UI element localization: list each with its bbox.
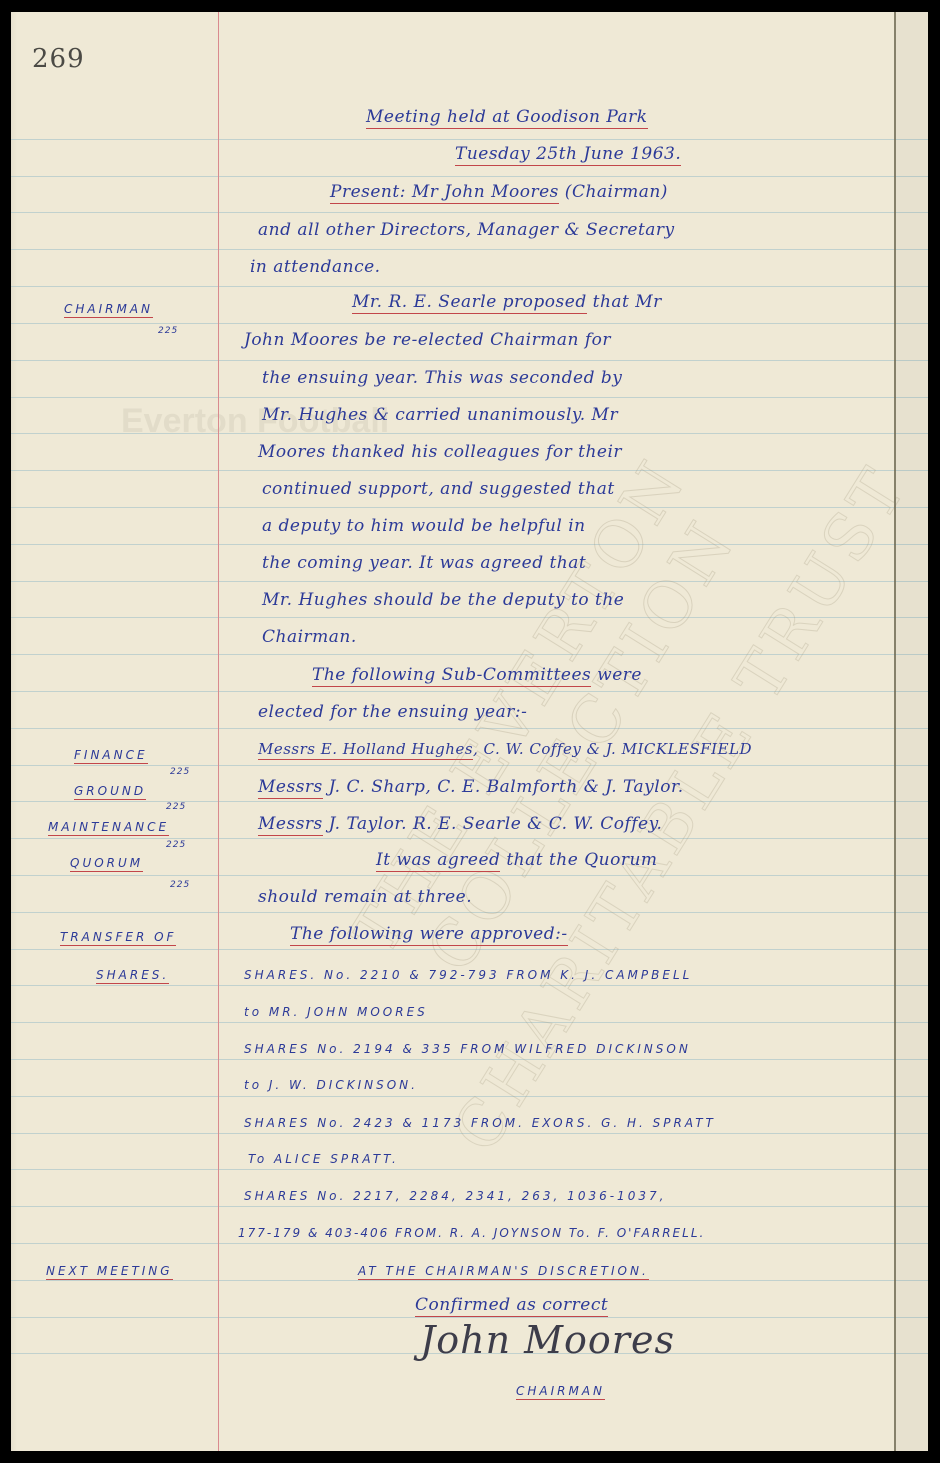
margin-ref: 225 — [170, 880, 190, 890]
margin-note-ground: GROUND — [74, 784, 146, 798]
present-line-3: in attendance. — [250, 257, 381, 277]
chairman-minute-line-6: continued support, and suggested that — [262, 479, 615, 499]
transfers-intro: The following were approved:- — [290, 924, 568, 944]
ruled-line — [11, 1022, 928, 1023]
present-label: Present: Mr John Moores — [330, 182, 559, 204]
transfer-4-line-2: 177-179 & 403-406 FROM. R. A. JOYNSON To… — [238, 1226, 705, 1240]
chairman-minute-line-9: Mr. Hughes should be the deputy to the — [262, 590, 624, 610]
margin-note-maintenance: MAINTENANCE — [48, 820, 169, 834]
transfer-3-line-1: SHARES No. 2423 & 1173 FROM. EXORS. G. H… — [244, 1116, 716, 1130]
transfer-3-line-2: To ALICE SPRATT. — [248, 1152, 399, 1166]
ruled-line — [11, 139, 928, 140]
ruled-line — [11, 323, 928, 324]
quorum-line-2: should remain at three. — [258, 887, 472, 907]
quorum-line-1: It was agreed that the Quorum — [376, 850, 658, 870]
ruled-line — [11, 212, 928, 213]
chairman-minute-line-10: Chairman. — [262, 627, 357, 647]
transfer-1-line-1: SHARES. No. 2210 & 792-793 FROM K. J. CA… — [244, 968, 692, 982]
margin-ref: 225 — [170, 767, 190, 777]
ruled-line — [11, 1243, 928, 1244]
subcommittees-intro-line-2: elected for the ensuing year:- — [258, 702, 527, 722]
present-line: Present: Mr John Moores (Chairman) — [330, 182, 668, 202]
page-fold — [894, 12, 896, 1451]
ruled-line — [11, 1059, 928, 1060]
margin-ref: 225 — [166, 840, 186, 850]
ruled-line — [11, 286, 928, 287]
ruled-line — [11, 1280, 928, 1281]
transfer-2-line-1: SHARES No. 2194 & 335 FROM WILFRED DICKI… — [244, 1042, 691, 1056]
maintenance-committee: Messrs J. Taylor. R. E. Searle & C. W. C… — [258, 814, 662, 834]
margin-ref: 225 — [166, 802, 186, 812]
transfer-1-line-2: to MR. JOHN MOORES — [244, 1005, 428, 1019]
chairman-minute-line-4: Mr. Hughes & carried unanimously. Mr — [262, 405, 618, 425]
ruled-line — [11, 249, 928, 250]
present-line-2: and all other Directors, Manager & Secre… — [258, 220, 675, 240]
chairman-minute-line-7: a deputy to him would be helpful in — [262, 516, 586, 536]
transfer-4-line-1: SHARES No. 2217, 2284, 2341, 263, 1036-1… — [244, 1189, 666, 1203]
margin-note-chairman: CHAIRMAN — [64, 302, 153, 316]
confirmation-text: Confirmed as correct — [415, 1295, 608, 1315]
chairman-minute-line-5: Moores thanked his colleagues for their — [258, 442, 622, 462]
ground-committee: Messrs J. C. Sharp, C. E. Balmforth & J.… — [258, 777, 684, 797]
margin-note-quorum: QUORUM — [70, 856, 143, 870]
meeting-date: Tuesday 25th June 1963. — [455, 144, 681, 164]
margin-note-finance: FINANCE — [74, 748, 148, 762]
chairman-minute-line-1: Mr. R. E. Searle proposed that Mr — [352, 292, 662, 312]
margin-note-transfer: TRANSFER OF — [60, 930, 176, 944]
signatory-title: CHAIRMAN — [516, 1384, 605, 1398]
chairman-signature: John Moores — [420, 1318, 675, 1362]
finance-committee: Messrs E. Holland Hughes, C. W. Coffey &… — [258, 740, 752, 758]
next-meeting-text: AT THE CHAIRMAN'S DISCRETION. — [358, 1264, 649, 1278]
margin-ref: 225 — [158, 326, 178, 336]
subcommittees-intro: The following Sub-Committees were — [312, 665, 642, 685]
page-number: 269 — [32, 44, 85, 74]
chairman-minute-line-3: the ensuing year. This was seconded by — [262, 368, 622, 388]
transfer-2-line-2: to J. W. DICKINSON. — [244, 1078, 418, 1092]
page-fold-shadow — [896, 12, 928, 1451]
margin-line — [218, 12, 219, 1451]
ruled-line — [11, 544, 928, 545]
margin-note-next-meeting: NEXT MEETING — [46, 1264, 173, 1278]
chairman-minute-line-8: the coming year. It was agreed that — [262, 553, 586, 573]
meeting-heading: Meeting held at Goodison Park — [366, 107, 648, 127]
margin-note-shares: SHARES. — [96, 968, 169, 982]
ruled-line — [11, 176, 928, 177]
chairman-minute-line-2: John Moores be re-elected Chairman for — [244, 330, 611, 350]
ruled-line — [11, 507, 928, 508]
